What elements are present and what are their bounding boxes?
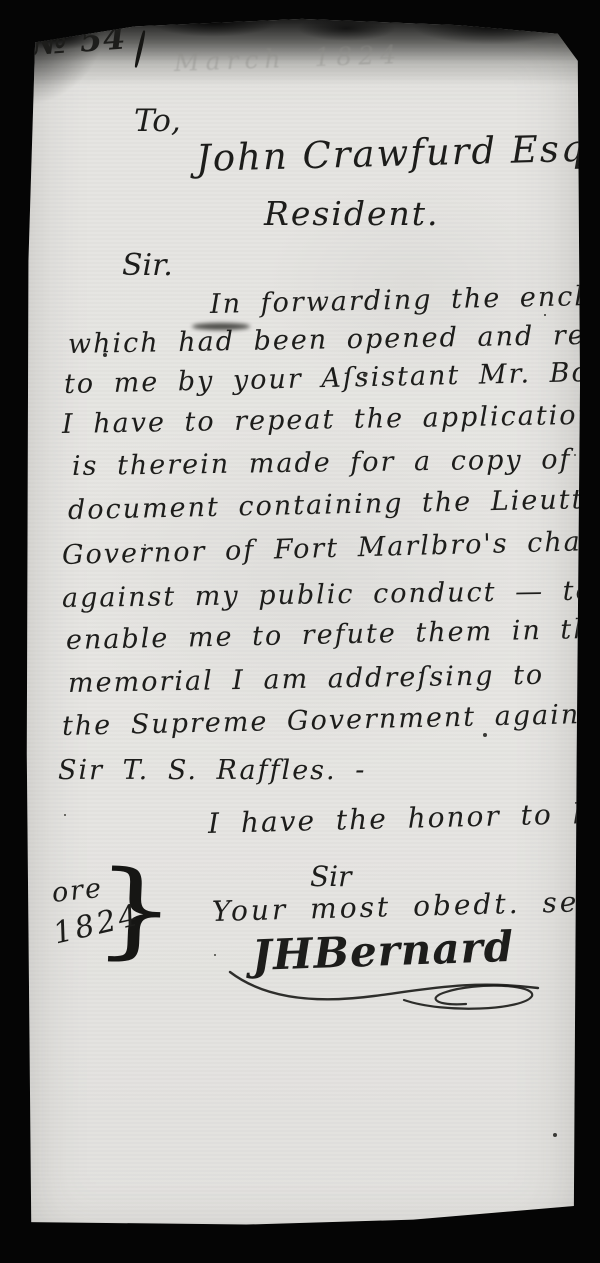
body-line: Governor of Fort Marlbro's charges (62, 527, 600, 569)
body-line: I have to repeat the application which (62, 400, 600, 438)
body-line: the Supreme Government against (62, 701, 600, 740)
body-line: enable me to refute them in the (66, 616, 600, 654)
document-scan: № 54 March 1824 To, John Crawfurd Esq Re… (0, 0, 600, 1263)
valediction-line: Sir (310, 863, 352, 891)
folio-number: № 54 (31, 21, 127, 60)
letter-page: № 54 March 1824 To, John Crawfurd Esq Re… (24, 14, 580, 1248)
addressee-name: John Crawfurd Esq (196, 130, 587, 177)
body-line: In forwarding the enclosed (210, 282, 600, 318)
body-line: document containing the Lieutt. (68, 486, 596, 524)
body-line: is therein made for a copy of the (72, 445, 600, 480)
pencil-date-note: March 1824 (174, 42, 403, 75)
body-line: to me by your Aſsistant Mr. Bonham— (64, 356, 600, 397)
valediction-line: Your most obedt. servant (212, 886, 600, 926)
body-line: Sir T. S. Raffles. - (58, 757, 366, 784)
body-line: memorial I am addreſsing to (68, 662, 545, 697)
signature-flourish (224, 952, 554, 1022)
to-label: To, (134, 106, 181, 137)
salutation: Sir. (122, 251, 173, 281)
body-line: which had been opened and returned (68, 320, 600, 358)
addressee-title: Resident. (264, 197, 440, 230)
body-line: against my public conduct — to (62, 578, 594, 612)
dust-specks (544, 314, 546, 316)
valediction-line: I have the honor to be (208, 799, 600, 838)
